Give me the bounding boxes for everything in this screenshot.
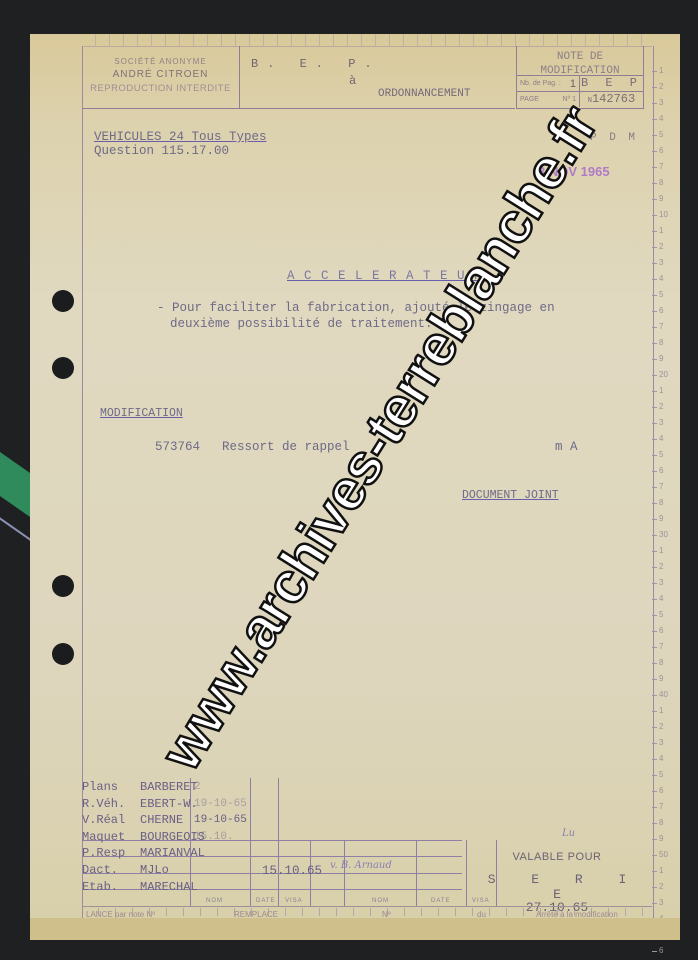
signature-name: MJLo bbox=[140, 863, 169, 877]
part-number: 573764 bbox=[155, 440, 200, 454]
company-name: ANDRÉ CITROEN bbox=[82, 69, 239, 80]
signature-role: Dact. bbox=[82, 863, 118, 877]
ruler-number: 50 bbox=[659, 850, 668, 859]
du-label: du bbox=[477, 910, 486, 919]
ruler-number: 30 bbox=[659, 530, 668, 539]
ruler-number: 5 bbox=[659, 450, 663, 459]
ruler-number: 1 bbox=[659, 706, 663, 715]
note-title-line1: NOTE DE bbox=[517, 50, 643, 64]
validity-box: VALABLE POUR S E R I E 27.10.65 bbox=[462, 840, 652, 906]
ruler-number: 40 bbox=[659, 690, 668, 699]
ruler-number: 6 bbox=[659, 786, 663, 795]
attachment-note: DOCUMENT JOINT bbox=[462, 489, 559, 502]
modif-row: MODIF. bbox=[82, 922, 652, 925]
validity-initials: Lu bbox=[562, 828, 575, 839]
ruler-number: 4 bbox=[659, 594, 663, 603]
ruler-number: 1 bbox=[659, 546, 663, 555]
handwritten-note: v. B. Arnaud bbox=[330, 860, 392, 871]
ruler-number: 6 bbox=[659, 146, 663, 155]
remplace-label: REMPLACE bbox=[234, 910, 278, 919]
signature-date: 15.10.65 bbox=[262, 864, 322, 878]
ruler-number: 7 bbox=[659, 642, 663, 651]
ruler-number: 3 bbox=[659, 98, 663, 107]
ruler-number: 1 bbox=[659, 226, 663, 235]
ruler-number: 2 bbox=[659, 402, 663, 411]
ruler-number: 4 bbox=[659, 434, 663, 443]
ruler-number: 6 bbox=[659, 626, 663, 635]
punch-hole-icon bbox=[52, 357, 74, 379]
ruler-number: 8 bbox=[659, 818, 663, 827]
signature-name: BARBERET bbox=[140, 780, 198, 794]
ruler-number: 3 bbox=[659, 898, 663, 907]
ruler-number: 6 bbox=[659, 946, 663, 955]
arrete-label: Arrêté à la modification bbox=[536, 910, 618, 919]
note-title: NOTE DE MODIFICATION bbox=[517, 46, 643, 76]
signature-name: CHERNE bbox=[140, 813, 183, 827]
ruler-number: 5 bbox=[659, 770, 663, 779]
signature-role: R.Véh. bbox=[82, 797, 125, 811]
company-type: SOCIÉTÉ ANONYME bbox=[82, 57, 239, 66]
ruler-number: 9 bbox=[659, 354, 663, 363]
ruler-number: 1 bbox=[659, 386, 663, 395]
routing-box: B. E. P. à ORDONNANCEMENT bbox=[239, 46, 515, 109]
page-number-row: PAGENº 1 N142763 bbox=[517, 92, 643, 107]
ruler-number: 1 bbox=[659, 66, 663, 75]
signature-name: MARECHAL bbox=[140, 880, 198, 894]
to-word: à bbox=[349, 74, 356, 88]
ruler-number: 5 bbox=[659, 290, 663, 299]
page-label: PAGE bbox=[520, 96, 539, 103]
col-header-nom: NOM bbox=[206, 898, 223, 904]
lance-label: LANCE par note Nº bbox=[86, 910, 155, 919]
description-line-2: deuxième possibilité de traitement. bbox=[170, 317, 433, 331]
col-header-nom-2: NOM bbox=[372, 898, 389, 904]
ruler-number: 8 bbox=[659, 178, 663, 187]
signature-date: 19-10-65 bbox=[194, 814, 247, 826]
reproduction-notice: REPRODUCTION INTERDITE bbox=[82, 83, 239, 94]
ruler-number: 2 bbox=[659, 242, 663, 251]
number-label: Nº bbox=[382, 910, 391, 919]
col-header-date: DATE bbox=[256, 898, 276, 904]
signature-date: 2 bbox=[194, 781, 201, 793]
signature-role: Maquet bbox=[82, 830, 125, 844]
pages-row: Nb. de Pag. :1 B E P bbox=[517, 76, 643, 92]
ruler-number: 20 bbox=[659, 370, 668, 379]
modif-label: MODIF. bbox=[86, 924, 113, 933]
signature-role: Etab. bbox=[82, 880, 118, 894]
to-department: ORDONNANCEMENT bbox=[378, 88, 470, 100]
modification-heading: MODIFICATION bbox=[100, 407, 183, 420]
ruler-number: 7 bbox=[659, 322, 663, 331]
ruler-number: 3 bbox=[659, 578, 663, 587]
service-code: B E P bbox=[580, 76, 643, 91]
signature-date: 15.10. bbox=[194, 831, 234, 843]
punch-hole-icon bbox=[52, 575, 74, 597]
note-number: 142763 bbox=[592, 92, 635, 106]
ruler-number: 3 bbox=[659, 738, 663, 747]
note-box: NOTE DE MODIFICATION Nb. de Pag. :1 B E … bbox=[516, 46, 644, 109]
ruler-number: 2 bbox=[659, 82, 663, 91]
ruler-number: 5 bbox=[659, 930, 663, 939]
ruler-number: 3 bbox=[659, 418, 663, 427]
nb-pages-label: Nb. de Pag. : bbox=[520, 80, 561, 87]
signature-date: 19-10-65 bbox=[194, 798, 247, 810]
from-department: B. E. P. bbox=[251, 57, 381, 71]
ruler-number: 2 bbox=[659, 562, 663, 571]
col-header-visa: VISA bbox=[285, 898, 303, 904]
punch-hole-icon bbox=[52, 290, 74, 312]
ruler-number: 6 bbox=[659, 306, 663, 315]
ruler-number: 9 bbox=[659, 834, 663, 843]
nb-pages-value: 1 bbox=[570, 78, 576, 90]
ruler-number: 4 bbox=[659, 754, 663, 763]
ruler-number: 9 bbox=[659, 674, 663, 683]
ruler-number: 9 bbox=[659, 514, 663, 523]
ruler-number: 5 bbox=[659, 610, 663, 619]
ruler-number: 10 bbox=[659, 210, 668, 219]
ruler-number: 4 bbox=[659, 914, 663, 923]
ruler-number: 2 bbox=[659, 882, 663, 891]
signature-role: V.Réal bbox=[82, 813, 125, 827]
question-line: Question 115.17.00 bbox=[94, 144, 229, 158]
launch-row: LANCE par note Nº REMPLACE Nº du Arrêté … bbox=[82, 906, 652, 923]
ruler-number: 8 bbox=[659, 338, 663, 347]
part-code: m A bbox=[555, 440, 578, 454]
ruler-right: 1234567891012345678920123456789301234567… bbox=[652, 46, 670, 924]
ruler-number: 7 bbox=[659, 162, 663, 171]
ruler-number: 3 bbox=[659, 258, 663, 267]
ruler-number: 8 bbox=[659, 498, 663, 507]
validity-series: S E R I E bbox=[462, 872, 652, 902]
ruler-number: 2 bbox=[659, 722, 663, 731]
ruler-number: 5 bbox=[659, 130, 663, 139]
ruler-number: 9 bbox=[659, 194, 663, 203]
company-box: SOCIÉTÉ ANONYME ANDRÉ CITROEN REPRODUCTI… bbox=[82, 46, 240, 109]
ruler-number: 7 bbox=[659, 482, 663, 491]
ruler-number: 4 bbox=[659, 274, 663, 283]
ruler-number: 8 bbox=[659, 658, 663, 667]
ruler-number: 1 bbox=[659, 866, 663, 875]
col-header-date-2: DATE bbox=[431, 898, 451, 904]
vehicles-line: VEHICULES 24 Tous Types bbox=[94, 130, 267, 144]
ruler-number: 7 bbox=[659, 802, 663, 811]
ruler-number: 6 bbox=[659, 466, 663, 475]
signature-role: Plans bbox=[82, 780, 118, 794]
signature-role: P.Resp bbox=[82, 846, 125, 860]
validity-label: VALABLE POUR bbox=[462, 851, 652, 863]
ruler-number: 4 bbox=[659, 114, 663, 123]
punch-hole-icon bbox=[52, 643, 74, 665]
signature-name: EBERT-W. bbox=[140, 797, 198, 811]
signature-name: MARIANVAL bbox=[140, 846, 205, 860]
